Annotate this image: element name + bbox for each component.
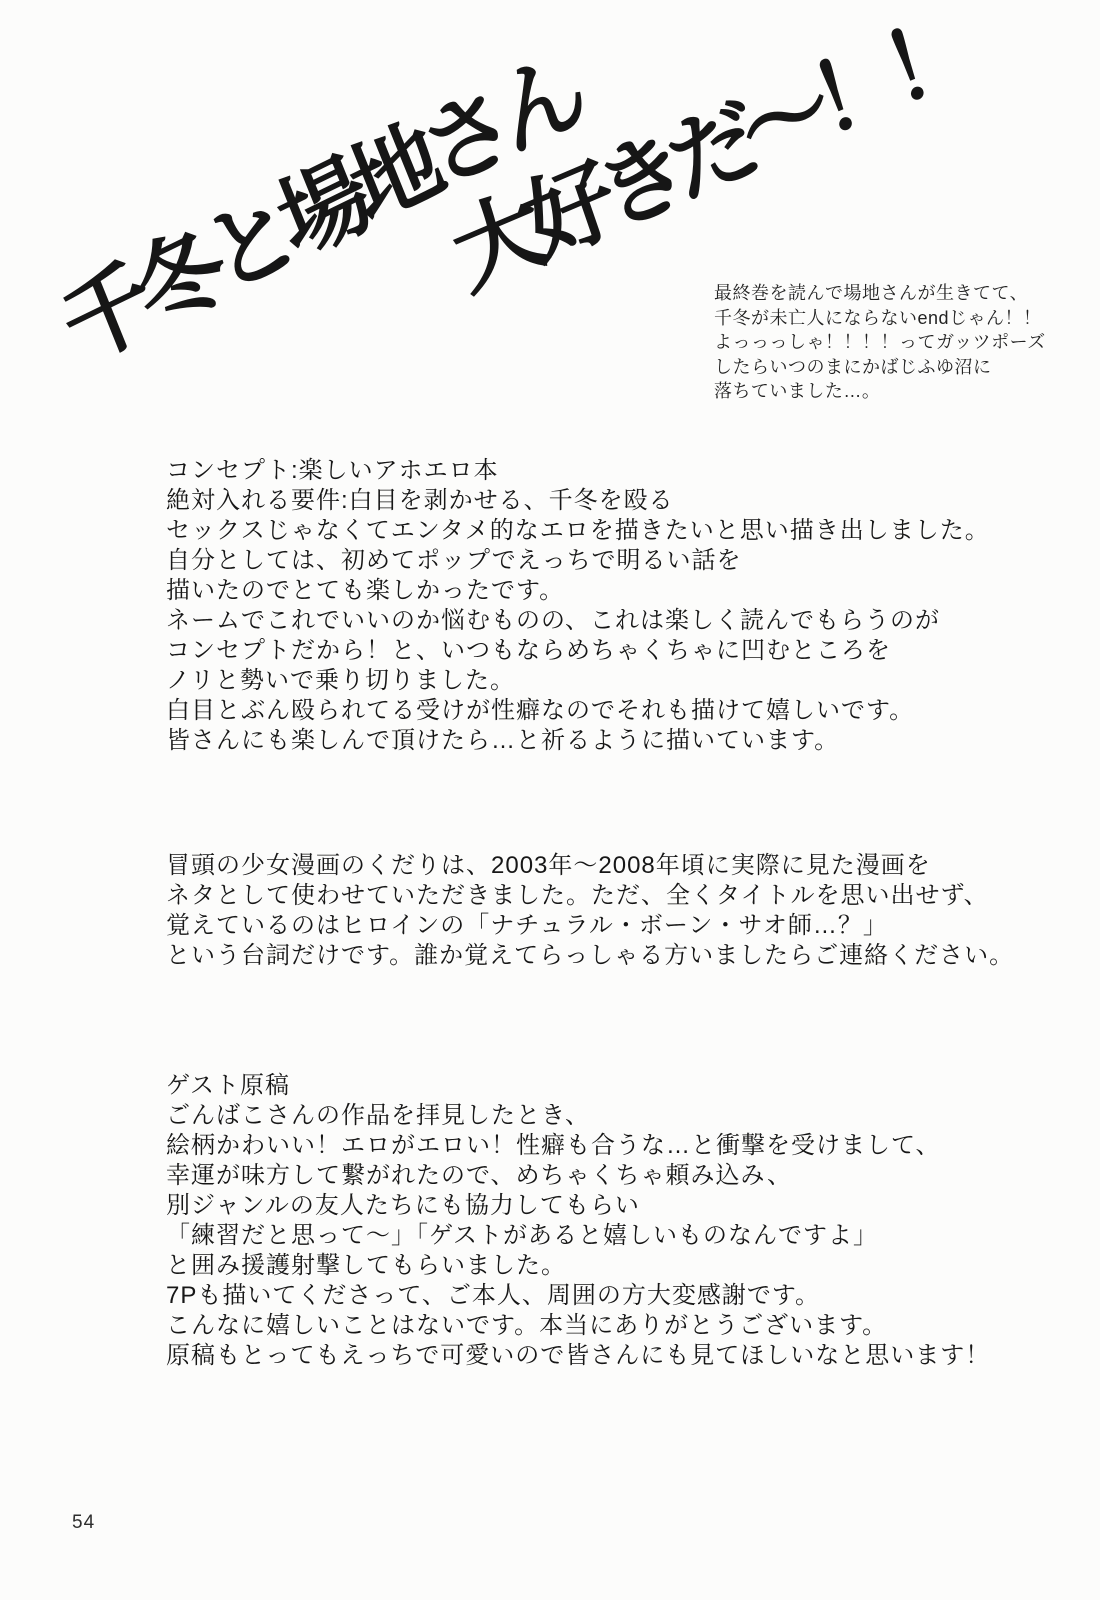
text-line: 絶対入れる要件:白目を剥かせる、千冬を殴る [166, 486, 990, 516]
text-line: 落ちていました…。 [714, 379, 1046, 404]
text-line: 絵柄かわいい！エロがエロい！性癖も合うな…と衝撃を受けまして、 [166, 1131, 990, 1161]
text-line: 白目とぶん殴られてる受けが性癖なのでそれも描けて嬉しいです。 [166, 696, 990, 726]
text-line: ノリと勢いで乗り切りました。 [166, 666, 990, 696]
intro-note: 最終巻を読んで場地さんが生きてて、 千冬が未亡人にならないendじゃん！！ よっ… [714, 281, 1046, 404]
text-line: という台詞だけです。誰か覚えてらっしゃる方いましたらご連絡ください。 [166, 941, 1014, 971]
text-line: よっっっしゃ！！！！ってガッツポーズ [714, 330, 1046, 355]
manga-reference-section: 冒頭の少女漫画のくだりは、2003年〜2008年頃に実際に見た漫画を ネタとして… [166, 851, 1014, 971]
text-line: 描いたのでとても楽しかったです。 [166, 576, 990, 606]
text-line: 覚えているのはヒロインの「ナチュラル・ボーン・サオ師…？」 [166, 911, 1014, 941]
text-line: セックスじゃなくてエンタメ的なエロを描きたいと思い描き出しました。 [166, 516, 990, 546]
text-line: ネタとして使わせていただきました。ただ、全くタイトルを思い出せず、 [166, 881, 1014, 911]
text-line: 最終巻を読んで場地さんが生きてて、 [714, 281, 1046, 306]
text-line: コンセプト:楽しいアホエロ本 [166, 456, 990, 486]
text-line: したらいつのまにかばじふゆ沼に [714, 355, 1046, 380]
text-line: ゲスト原稿 [166, 1071, 990, 1101]
concept-section: コンセプト:楽しいアホエロ本 絶対入れる要件:白目を剥かせる、千冬を殴る セック… [166, 456, 990, 756]
text-line: 「練習だと思って〜」「ゲストがあると嬉しいものなんですよ」 [166, 1221, 990, 1251]
afterword-page: 千冬と場地さん 大好きだ～！！ 最終巻を読んで場地さんが生きてて、 千冬が未亡人… [0, 0, 1100, 1600]
text-line: 原稿もとってもえっちで可愛いので皆さんにも見てほしいなと思います！ [166, 1341, 990, 1371]
text-line: 皆さんにも楽しんで頂けたら…と祈るように描いています。 [166, 726, 990, 756]
text-line: 冒頭の少女漫画のくだりは、2003年〜2008年頃に実際に見た漫画を [166, 851, 1014, 881]
text-line: 千冬が未亡人にならないendじゃん！！ [714, 306, 1046, 331]
text-line: 幸運が味方して繋がれたので、めちゃくちゃ頼み込み、 [166, 1161, 990, 1191]
text-line: 7Pも描いてくださって、ご本人、周囲の方大変感謝です。 [166, 1281, 990, 1311]
text-line: コンセプトだから！と、いつもならめちゃくちゃに凹むところを [166, 636, 990, 666]
text-line: こんなに嬉しいことはないです。本当にありがとうございます。 [166, 1311, 990, 1341]
text-line: 別ジャンルの友人たちにも協力してもらい [166, 1191, 990, 1221]
text-line: ネームでこれでいいのか悩むものの、これは楽しく読んでもらうのが [166, 606, 990, 636]
text-line: と囲み援護射撃してもらいました。 [166, 1251, 990, 1281]
page-number: 54 [72, 1512, 95, 1534]
guest-section: ゲスト原稿 ごんばこさんの作品を拝見したとき、 絵柄かわいい！エロがエロい！性癖… [166, 1071, 990, 1371]
text-line: ごんばこさんの作品を拝見したとき、 [166, 1101, 990, 1131]
text-line: 自分としては、初めてポップでえっちで明るい話を [166, 546, 990, 576]
